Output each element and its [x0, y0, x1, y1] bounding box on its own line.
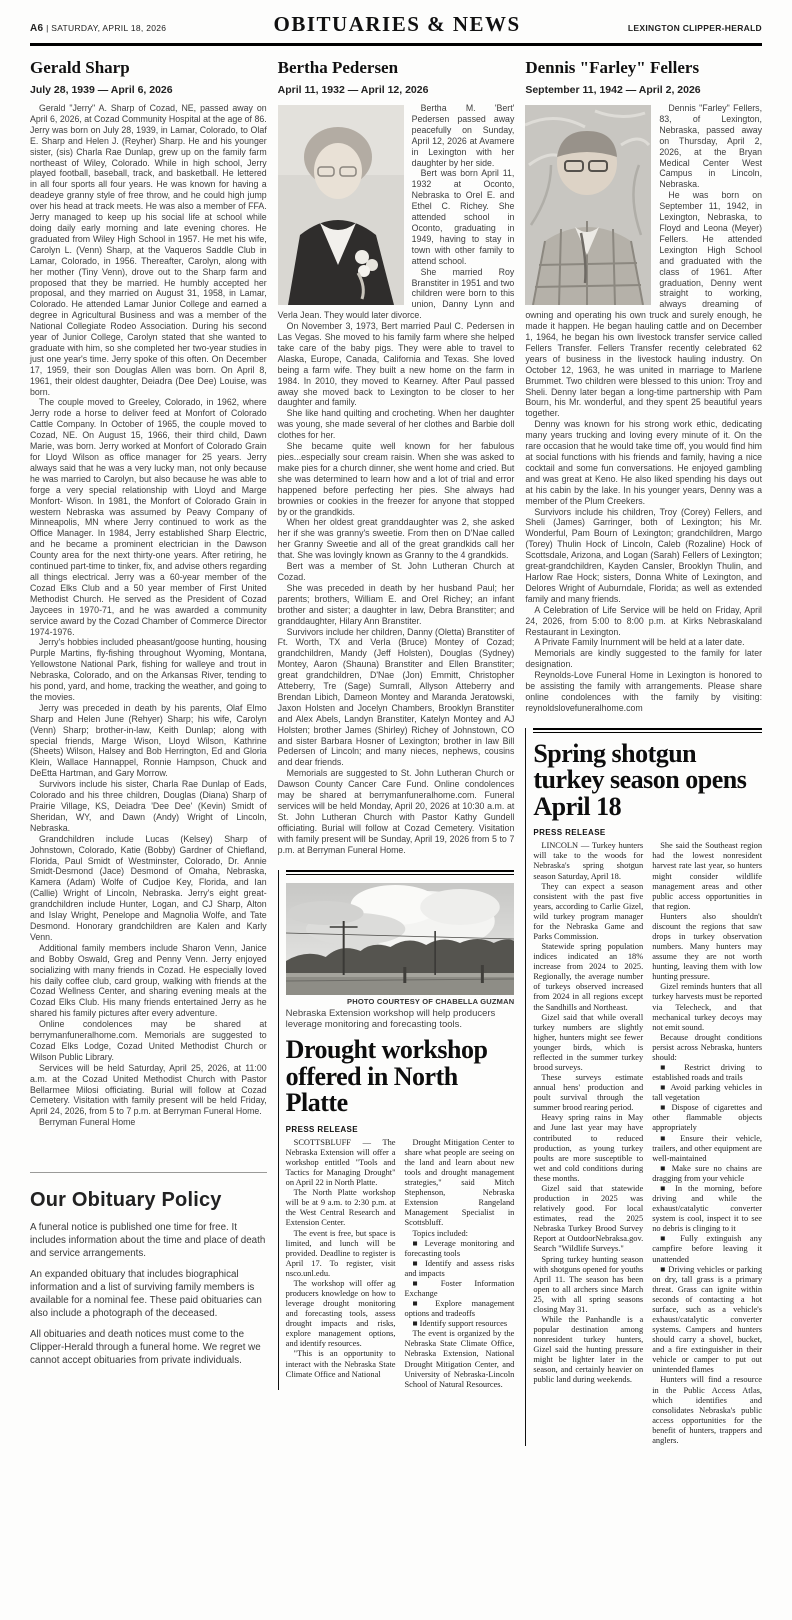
storm-clouds-photo-illustration: [286, 883, 515, 995]
bullet-item: ■ Leverage monitoring and forecasting to…: [405, 1239, 515, 1259]
article-drought-workshop: PHOTO COURTESY OF CHABELLA GUZMAN Nebras…: [278, 870, 515, 1390]
section-masthead: OBITUARIES & NEWS: [274, 12, 521, 37]
paragraph: Hunters also shouldn't discount the regi…: [652, 912, 762, 983]
policy-divider-rule: [30, 1172, 267, 1173]
page-edition: A6 | SATURDAY, APRIL 18, 2026: [30, 23, 166, 34]
paragraph: She like hand quilting and crocheting. W…: [278, 408, 515, 441]
photo-caption-block: PHOTO COURTESY OF CHABELLA GUZMAN Nebras…: [286, 997, 515, 1032]
paragraph: Bert was a member of St. John Lutheran C…: [278, 561, 515, 583]
photo-caption: Nebraska Extension workshop will help pr…: [286, 1008, 515, 1032]
bullet-item: ■ Avoid parking vehicles in tall vegetat…: [652, 1083, 762, 1103]
bullet-item: ■ In the morning, before driving and whi…: [652, 1184, 762, 1234]
paragraph: Gerald "Jerry" A. Sharp of Cozad, NE, pa…: [30, 103, 267, 397]
obituary-dates: April 11, 1932 — April 12, 2026: [278, 84, 515, 96]
paragraph: She was preceded in death by her husband…: [278, 583, 515, 627]
bullet-item: ■ Dispose of cigarettes and other flamma…: [652, 1103, 762, 1133]
page-date: SATURDAY, APRIL 18, 2026: [51, 23, 166, 33]
page-number: A6: [30, 23, 43, 34]
paragraph: "This is an opportunity to interact with…: [286, 1349, 396, 1379]
bertha-pedersen-photo: [278, 105, 404, 305]
obituary-policy-box: Our Obituary Policy A funeral notice is …: [30, 1172, 267, 1367]
paragraph: A Celebration of Life Service will be he…: [525, 605, 762, 638]
paragraph: Survivors include his sister, Charla Rae…: [30, 779, 267, 834]
article-column-left: LINCOLN — Turkey hunters will take to th…: [533, 841, 643, 1446]
bullet-item: ■ Make sure no chains are dragging from …: [652, 1164, 762, 1184]
paragraph: They can expect a season consistent with…: [533, 882, 643, 942]
paragraph: While the Panhandle is a popular destina…: [533, 1315, 643, 1386]
paragraph: The North Platte workshop will be at 9 a…: [286, 1188, 396, 1228]
paragraph: When her oldest great granddaughter was …: [278, 517, 515, 561]
bullet-item: ■ Identify support resources: [405, 1319, 515, 1329]
paragraph: Topics included:: [405, 1229, 515, 1239]
paragraph: Hunters will find a resource in the Publ…: [652, 1375, 762, 1446]
paragraph: All obituaries and death notices must co…: [30, 1329, 267, 1367]
paragraph: Grandchildren include Lucas (Kelsey) Sha…: [30, 834, 267, 943]
paragraph: Jerry was preceded in death by his paren…: [30, 703, 267, 779]
policy-body: A funeral notice is published one time f…: [30, 1222, 267, 1367]
obituary-body: Dennis "Farley" Fellers, 83, of Lexingto…: [525, 103, 762, 714]
dennis-fellers-photo: [525, 105, 651, 305]
obituary-dennis-fellers: Dennis "Farley" Fellers September 11, 19…: [525, 58, 762, 714]
paragraph: Heavy spring rains in May and June last …: [533, 1113, 643, 1184]
section-top-rule: [286, 870, 515, 875]
paragraph: She said the Southeast region had the lo…: [652, 841, 762, 912]
bullet-item: ■ Explore management options and tradeof…: [405, 1299, 515, 1319]
column-1: Gerald Sharp July 28, 1939 — April 6, 20…: [30, 56, 267, 1446]
article-columns: SCOTTSBLUFF — The Nebraska Extension wil…: [286, 1138, 515, 1390]
paragraph: An expanded obituary that includes biogr…: [30, 1269, 267, 1320]
bullet-item: ■ Foster Information Exchange: [405, 1279, 515, 1299]
photo-credit: PHOTO COURTESY OF CHABELLA GUZMAN: [286, 997, 515, 1006]
paragraph: Because drought conditions persist acros…: [652, 1033, 762, 1063]
section-top-rule: [533, 728, 762, 733]
article-columns: LINCOLN — Turkey hunters will take to th…: [533, 841, 762, 1446]
portrait-illustration: [525, 105, 651, 305]
article-headline: Drought workshop offered in North Platte: [286, 1037, 515, 1117]
paragraph: Spring turkey hunting season with shotgu…: [533, 1255, 643, 1315]
paragraph: On November 3, 1973, Bert married Paul C…: [278, 321, 515, 408]
paragraph: Memorials are kindly suggested to the fa…: [525, 648, 762, 670]
paragraph: Berryman Funeral Home: [30, 1117, 267, 1128]
policy-title: Our Obituary Policy: [30, 1189, 267, 1212]
article-headline: Spring shotgun turkey season opens April…: [533, 741, 762, 821]
column-3: Dennis "Farley" Fellers September 11, 19…: [525, 56, 762, 1446]
paragraph: Gizel reminds hunters that all turkey ha…: [652, 982, 762, 1032]
obituary-gerald-sharp: Gerald Sharp July 28, 1939 — April 6, 20…: [30, 58, 267, 1128]
paragraph: Jerry's hobbies included pheasant/goose …: [30, 637, 267, 702]
paragraph: Services will be held Saturday, April 25…: [30, 1063, 267, 1118]
obituary-dates: September 11, 1942 — April 2, 2026: [525, 84, 762, 96]
header-divider: |: [46, 23, 49, 33]
paragraph: The couple moved to Greeley, Colorado, i…: [30, 397, 267, 637]
paragraph: Survivors include her children, Danny (O…: [278, 627, 515, 769]
page-header: A6 | SATURDAY, APRIL 18, 2026 OBITUARIES…: [30, 12, 762, 46]
paragraph: SCOTTSBLUFF — The Nebraska Extension wil…: [286, 1138, 396, 1188]
column-2: Bertha Pedersen April 11, 1932 — April 1…: [278, 56, 515, 1446]
bullet-item: ■ Identify and assess risks and impacts: [405, 1259, 515, 1279]
drought-workshop-photo: PHOTO COURTESY OF CHABELLA GUZMAN Nebras…: [286, 883, 515, 1032]
publication-name: LEXINGTON CLIPPER-HERALD: [628, 23, 762, 33]
article-column-right: She said the Southeast region had the lo…: [652, 841, 762, 1446]
paragraph: LINCOLN — Turkey hunters will take to th…: [533, 841, 643, 881]
paragraph: A Private Family Inurnment will be held …: [525, 637, 762, 648]
paragraph: Statewide spring population indices indi…: [533, 942, 643, 1013]
obituary-body: Gerald "Jerry" A. Sharp of Cozad, NE, pa…: [30, 103, 267, 1128]
obituary-bertha-pedersen: Bertha Pedersen April 11, 1932 — April 1…: [278, 58, 515, 856]
paragraph: A funeral notice is published one time f…: [30, 1222, 267, 1260]
article-turkey-season: Spring shotgun turkey season opens April…: [525, 728, 762, 1446]
paragraph: Gizel said that while overall turkey num…: [533, 1013, 643, 1073]
paragraph: Memorials are suggested to St. John Luth…: [278, 768, 515, 855]
obituary-name: Bertha Pedersen: [278, 58, 515, 78]
article-column-right: Drought Mitigation Center to share what …: [405, 1138, 515, 1390]
paragraph: The event is free, but space is limited,…: [286, 1229, 396, 1279]
paragraph: Drought Mitigation Center to share what …: [405, 1138, 515, 1229]
obituary-dates: July 28, 1939 — April 6, 2026: [30, 84, 267, 96]
article-column-left: SCOTTSBLUFF — The Nebraska Extension wil…: [286, 1138, 396, 1390]
paragraph: Online condolences may be shared at berr…: [30, 1019, 267, 1063]
obituary-name: Dennis "Farley" Fellers: [525, 58, 762, 78]
newspaper-page: A6 | SATURDAY, APRIL 18, 2026 OBITUARIES…: [0, 0, 792, 1620]
article-byline: PRESS RELEASE: [533, 828, 762, 837]
obituary-body: Bertha M. 'Bert' Pedersen passed away pe…: [278, 103, 515, 856]
paragraph: The workshop will offer ag producers kno…: [286, 1279, 396, 1350]
paragraph: Additional family members include Sharon…: [30, 943, 267, 1019]
article-byline: PRESS RELEASE: [286, 1125, 515, 1134]
paragraph: These surveys estimate annual hens' prod…: [533, 1073, 643, 1113]
paragraph: Survivors include his children, Troy (Co…: [525, 507, 762, 605]
paragraph: The event is organized by the Nebraska S…: [405, 1329, 515, 1389]
paragraph: She became quite well known for her fabu…: [278, 441, 515, 517]
paragraph: Gizel said that statewide production in …: [533, 1184, 643, 1255]
bullet-item: ■ Fully extinguish any campfire before l…: [652, 1234, 762, 1264]
bullet-item: ■ Ensure their vehicle, trailers, and ot…: [652, 1134, 762, 1164]
page-columns: Gerald Sharp July 28, 1939 — April 6, 20…: [30, 56, 762, 1446]
bullet-item: ■ Driving vehicles or parking on dry, ta…: [652, 1265, 762, 1376]
paragraph: Denny was known for his strong work ethi…: [525, 419, 762, 506]
paragraph: Reynolds-Love Funeral Home in Lexington …: [525, 670, 762, 714]
bullet-item: ■ Restrict driving to established roads …: [652, 1063, 762, 1083]
obituary-name: Gerald Sharp: [30, 58, 267, 78]
portrait-illustration: [278, 105, 404, 305]
